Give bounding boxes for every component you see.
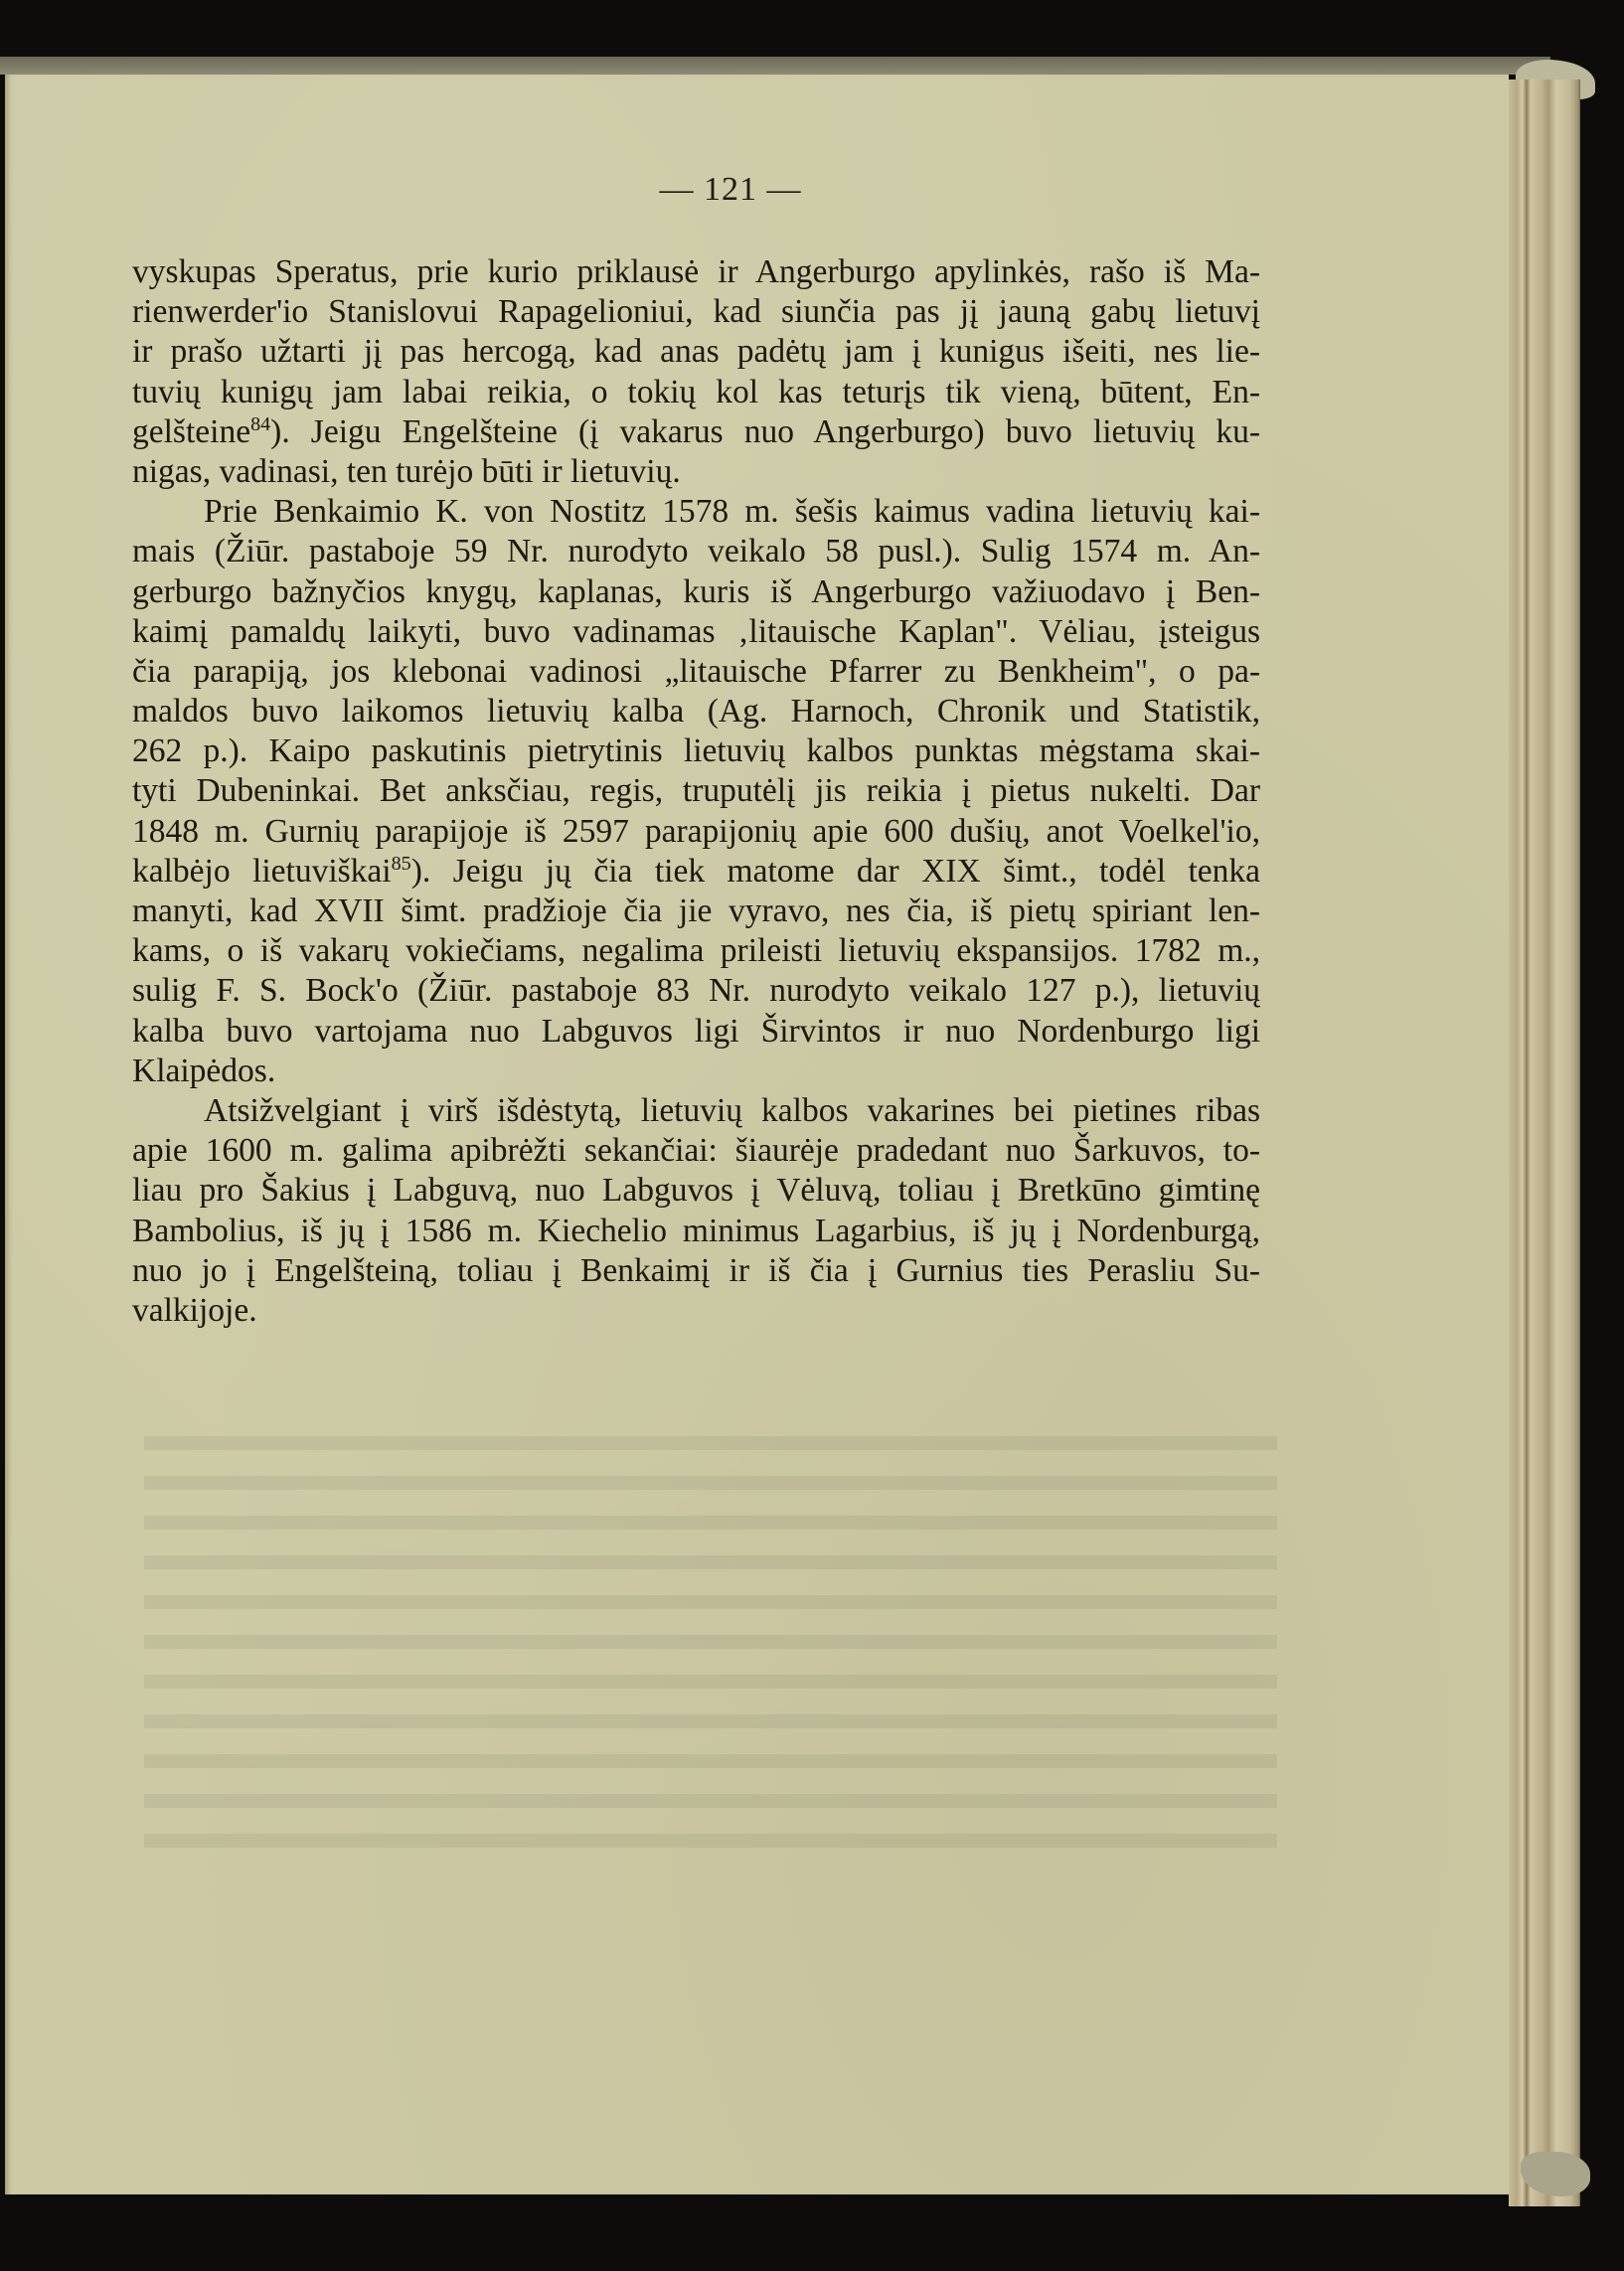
text-line: čia parapiją, jos klebonai vadinosi „lit…: [132, 652, 1260, 692]
text-line: tuvių kunigų jam labai reikia, o tokių k…: [132, 373, 1260, 412]
text-line: kaimį pamaldų laikyti, buvo vadinamas ‚l…: [132, 612, 1260, 652]
page-number: — 121 —: [0, 171, 1461, 209]
text-line: vyskupas Speratus, prie kurio priklausė …: [132, 252, 1260, 292]
text-line: manyti, kad XVII šimt. pradžioje čia jie…: [132, 892, 1260, 931]
book-top-edge: [0, 57, 1550, 75]
text-line: maldos buvo laikomos lietuvių kalba (Ag.…: [132, 692, 1260, 731]
text-line: nigas, vadinasi, ten turėjo būti ir liet…: [132, 452, 1260, 492]
text-line: gerburgo bažnyčios knygų, kaplanas, kuri…: [132, 572, 1260, 612]
paragraph: Atsižvelgiant į virš išdėstytą, lietuvių…: [132, 1091, 1260, 1331]
text-line: Prie Benkaimio K. von Nostitz 1578 m. še…: [132, 492, 1260, 532]
text-line: liau pro Šakius į Labguvą, nuo Labguvos …: [132, 1171, 1260, 1211]
text-line: 1848 m. Gurnių parapijoje iš 2597 parapi…: [132, 812, 1260, 852]
text-line: ir prašo užtarti jį pas hercogą, kad ana…: [132, 332, 1260, 372]
footnote-ref[interactable]: 85: [392, 853, 411, 875]
text-line: Klaipėdos.: [132, 1052, 1260, 1091]
text-line: valkijoje.: [132, 1291, 1260, 1331]
text-line: 262 p.). Kaipo paskutinis pietrytinis li…: [132, 731, 1260, 771]
text-line: Bambolius, iš jų į 1586 m. Kiechelio min…: [132, 1212, 1260, 1251]
text-line: gelšteine84). Jeigu Engelšteine (į vakar…: [132, 412, 1260, 452]
bleed-through-texture: [144, 1436, 1277, 1864]
footnote-ref[interactable]: 84: [250, 413, 270, 435]
page-stack-edges: [1509, 80, 1580, 2206]
text-line: tyti Dubeninkai. Bet anksčiau, regis, tr…: [132, 771, 1260, 811]
paragraph: vyskupas Speratus, prie kurio priklausė …: [132, 252, 1260, 492]
paragraph: Prie Benkaimio K. von Nostitz 1578 m. še…: [132, 492, 1260, 1091]
text-line: rienwerder'io Stanislovui Rapagelioniui,…: [132, 292, 1260, 332]
text-line: kams, o iš vakarų vokiečiams, negalima p…: [132, 931, 1260, 971]
text-line: apie 1600 m. galima apibrėžti sekančiai:…: [132, 1131, 1260, 1171]
text-line: kalbėjo lietuviškai85). Jeigu jų čia tie…: [132, 852, 1260, 892]
text-line: nuo jo į Engelšteiną, toliau į Benkaimį …: [132, 1251, 1260, 1291]
text-line: sulig F. S. Bock'o (Žiūr. pastaboje 83 N…: [132, 971, 1260, 1011]
text-line: Atsižvelgiant į virš išdėstytą, lietuvių…: [132, 1091, 1260, 1131]
text-line: mais (Žiūr. pastaboje 59 Nr. nurodyto ve…: [132, 532, 1260, 571]
body-text: vyskupas Speratus, prie kurio priklausė …: [132, 252, 1260, 1331]
text-line: kalba buvo vartojama nuo Labguvos ligi Š…: [132, 1012, 1260, 1052]
